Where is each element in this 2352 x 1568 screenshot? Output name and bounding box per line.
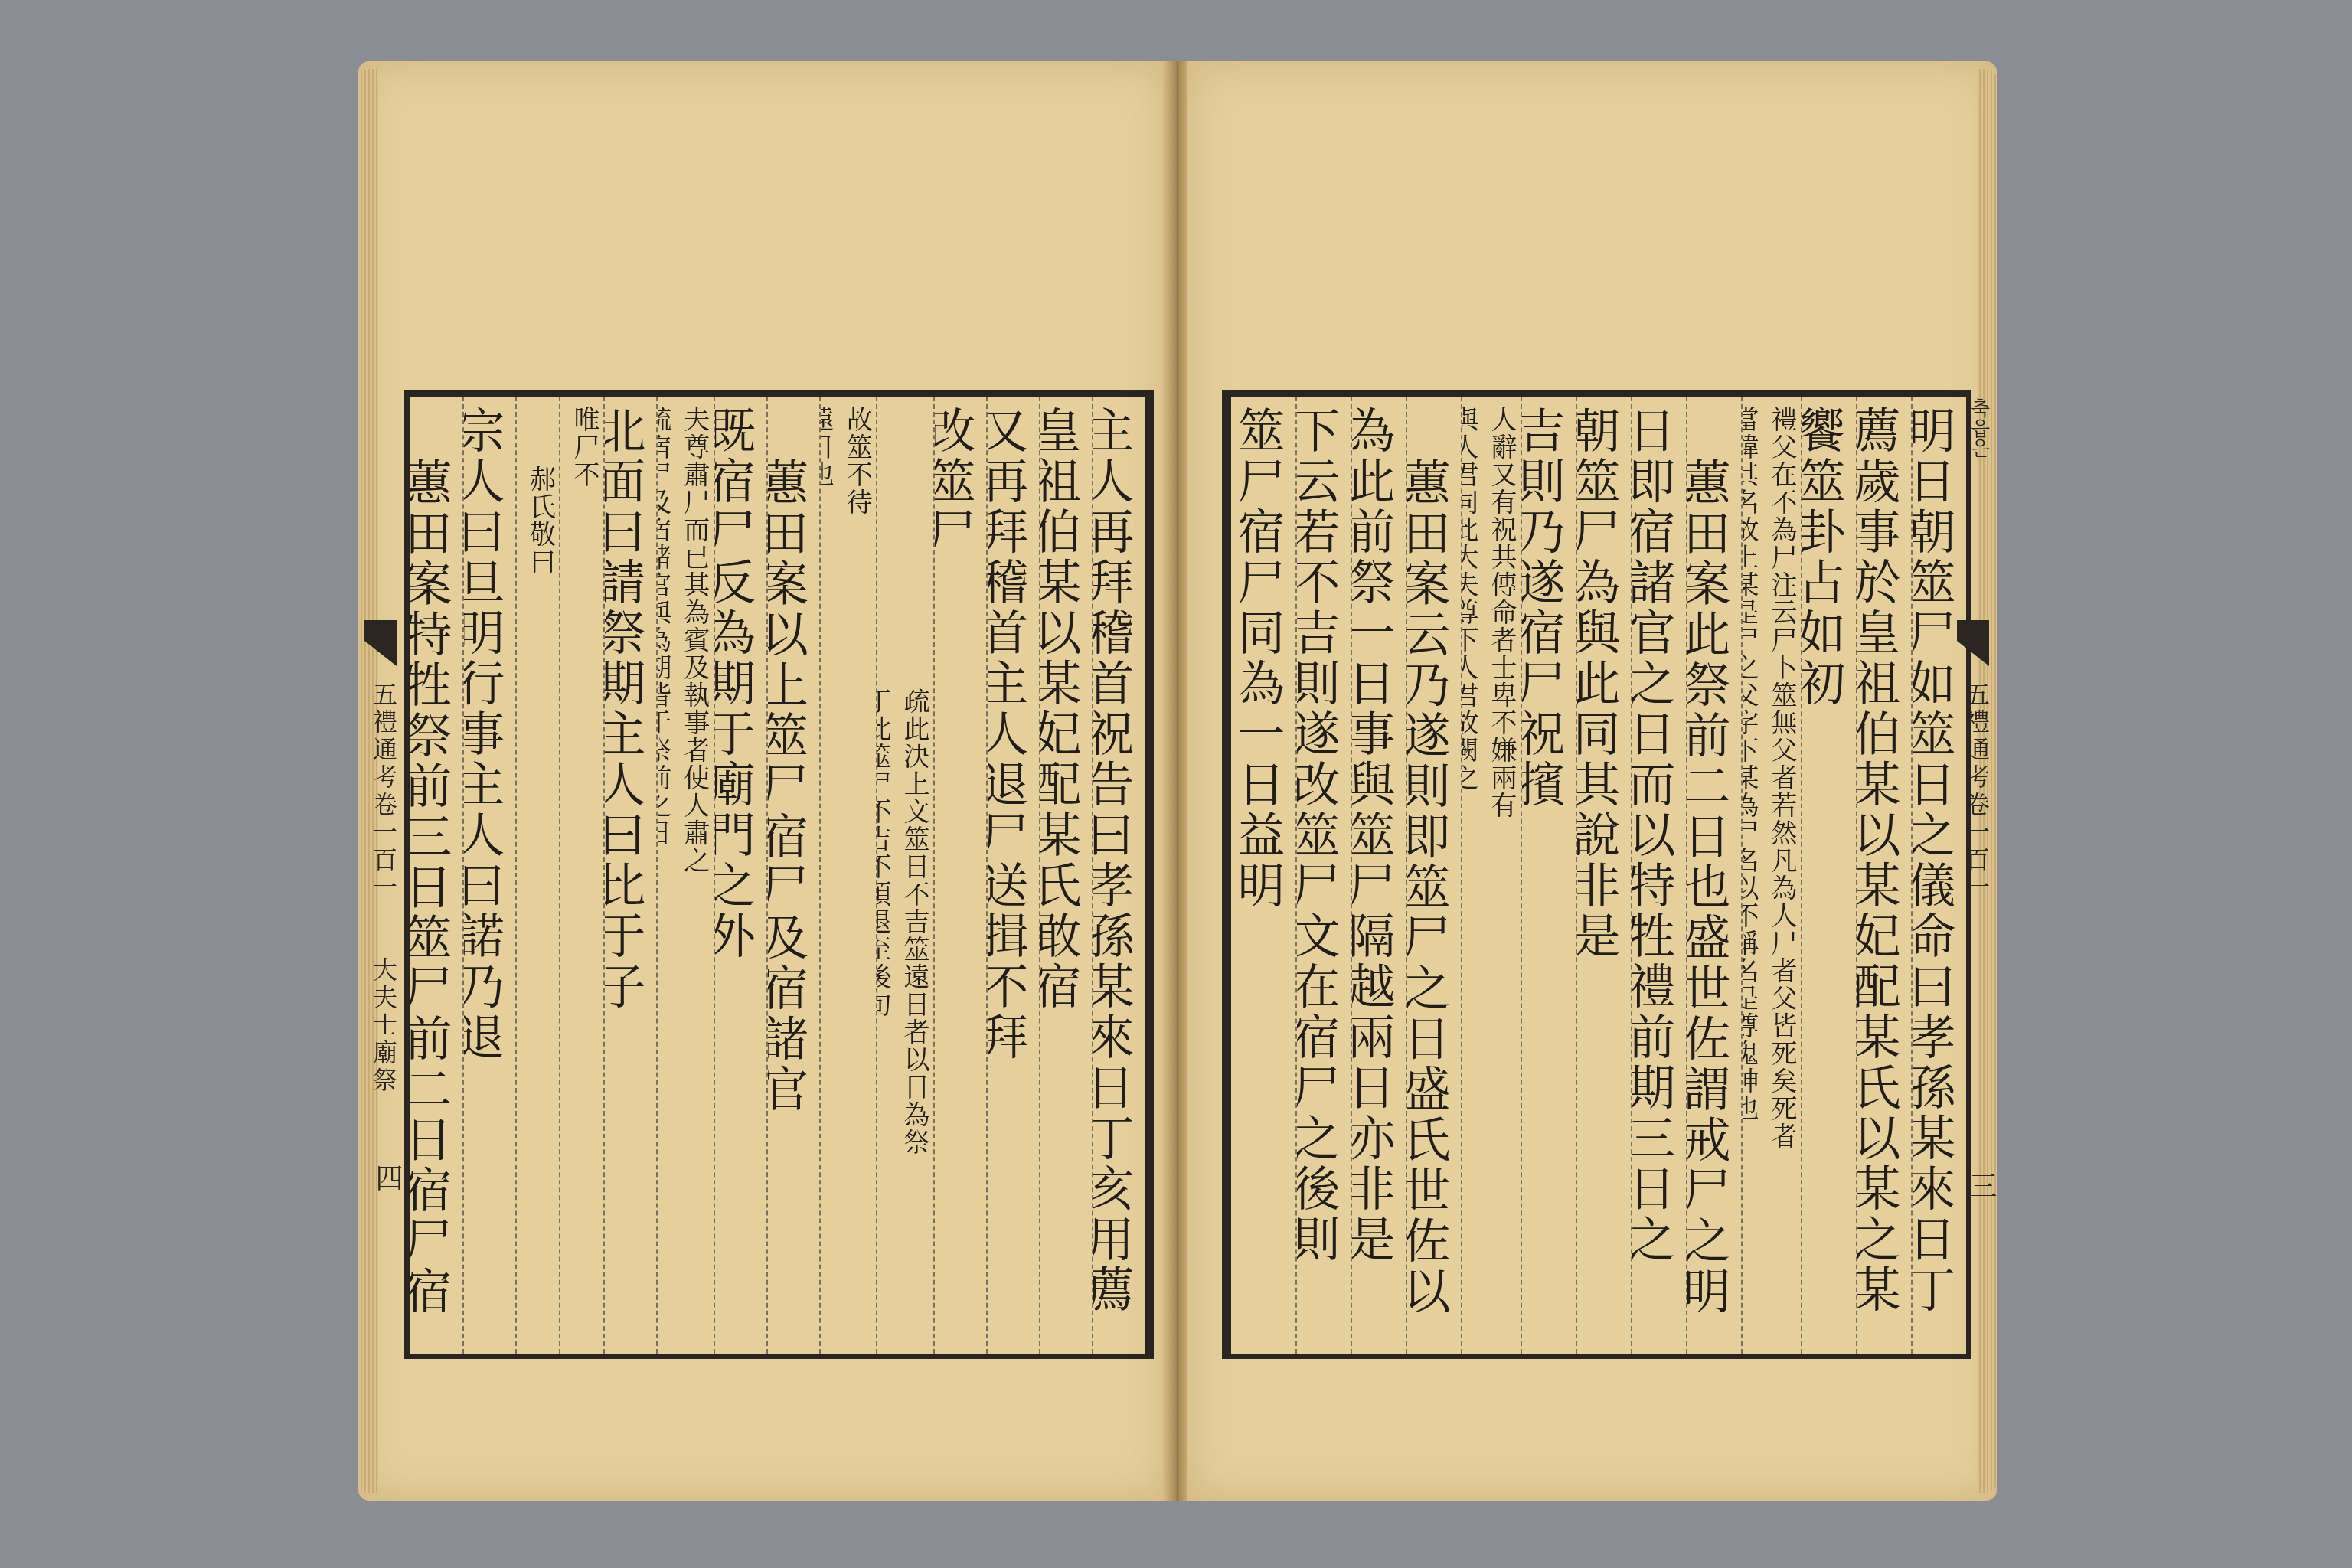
open-book: 五禮通考卷一百一 大夫士廟祭 四 主人再拜稽首祝告曰孝孫某來日丁亥用薦歲事於 皇…: [358, 61, 1997, 1501]
commentary-column: 人辭又有祝共傳命者士卑不嫌兩有 與人君同此大夫尊下人君故闕之: [1461, 397, 1521, 1354]
left-text-frame: 主人再拜稽首祝告曰孝孫某來日丁亥用薦歲事於 皇祖伯某以某妃配某氏敢宿 又再拜稽首…: [404, 390, 1154, 1359]
left-page-margin: 五禮通考卷一百一 大夫士廟祭 四: [358, 390, 404, 1347]
text-column: 吉則乃遂宿尸祝擯: [1521, 397, 1576, 1354]
text-column: 蕙田案云乃遂則即筮尸之日盛氏世佐以: [1406, 397, 1461, 1354]
text-column: 皇祖伯某以某妃配某氏敢宿: [1039, 397, 1092, 1354]
commentary-column: 疏此決上文筮日不吉筮遠日者以日為祭 丁此筮尸不吉不須退至後旬: [876, 397, 933, 1354]
text-column: 宗人曰旦明行事主人曰諾乃退: [462, 397, 515, 1354]
text-column: 筮尸宿尸同為一日益明: [1240, 397, 1295, 1354]
right-page: 축읍은 五禮通考卷一百一 三 明日朝筮尸如筮日之儀命曰孝孫某來日丁亥用 薦歲事於…: [1187, 61, 1997, 1501]
text-column: 下云若不吉則遂改筮尸文在宿尸之後則: [1295, 397, 1351, 1354]
text-column: 蕙田案此祭前二日也盛世佐謂戒尸之明: [1686, 397, 1741, 1354]
text-column: 為此前祭一日事與筮尸隔越兩日亦非是: [1351, 397, 1406, 1354]
text-column: 明日朝筮尸如筮日之儀命曰孝孫某來日丁亥用: [1911, 397, 1966, 1354]
text-column: 北面曰請祭期主人曰比于子: [603, 397, 656, 1354]
text-column: 蕙田案特牲祭前三日筮尸前二日宿尸宿: [410, 397, 462, 1354]
fish-tail-mark-icon: [364, 620, 397, 666]
text-column: 饗筮卦占如初: [1801, 397, 1856, 1354]
left-folio-number: 四: [367, 1164, 407, 1191]
text-column: 主人再拜稽首祝告曰孝孫某來日丁亥用薦歲事於: [1092, 397, 1145, 1354]
commentary-column: 郝氏敬曰 比猶隨也: [515, 397, 560, 1354]
commentary-column: 夫尊肅尸而已其為賓及執事者使人肅之 疏宿尸及宿諸官與為期皆于祭前之日: [656, 397, 714, 1354]
right-columns: 明日朝筮尸如筮日之儀命曰孝孫某來日丁亥用 薦歲事於皇祖伯某以某妃配某氏以某之某為…: [1231, 397, 1966, 1354]
left-columns: 主人再拜稽首祝告曰孝孫某來日丁亥用薦歲事於 皇祖伯某以某妃配某氏敢宿 又再拜稽首…: [410, 397, 1145, 1354]
text-column: 日即宿諸官之日而以特牲禮前期三日之: [1631, 397, 1686, 1354]
text-column: 既宿尸反為期于廟門之外: [714, 397, 766, 1354]
commentary-column: 故筮不待 遠日也: [819, 397, 877, 1354]
text-column: 又再拜稽首主人退尸送揖不拜: [986, 397, 1039, 1354]
left-page: 五禮通考卷一百一 大夫士廟祭 四 主人再拜稽首祝告曰孝孫某來日丁亥用薦歲事於 皇…: [358, 61, 1168, 1501]
text-column: 薦歲事於皇祖伯某以某妃配某氏以某之某為尸尚: [1856, 397, 1911, 1354]
text-column: 蕙田案以上筮尸宿尸及宿諸官: [766, 397, 819, 1354]
text-column: 改筮尸: [933, 397, 986, 1354]
text-column: 朝筮尸為與此同其說非是: [1576, 397, 1631, 1354]
right-text-frame: 明日朝筮尸如筮日之儀命曰孝孫某來日丁亥用 薦歲事於皇祖伯某以某妃配某氏以某之某為…: [1222, 390, 1971, 1359]
commentary-column: 唯尸不 來也: [559, 397, 603, 1354]
commentary-column: 禮父在不為尸注云尸卜筮無父者若然凡為人尸者父皆死矣死者 當諱其名故上某是尸之父字…: [1741, 397, 1801, 1354]
left-margin-section: 大夫士廟祭: [366, 957, 401, 1095]
left-margin-title: 五禮通考卷一百一: [366, 681, 401, 902]
